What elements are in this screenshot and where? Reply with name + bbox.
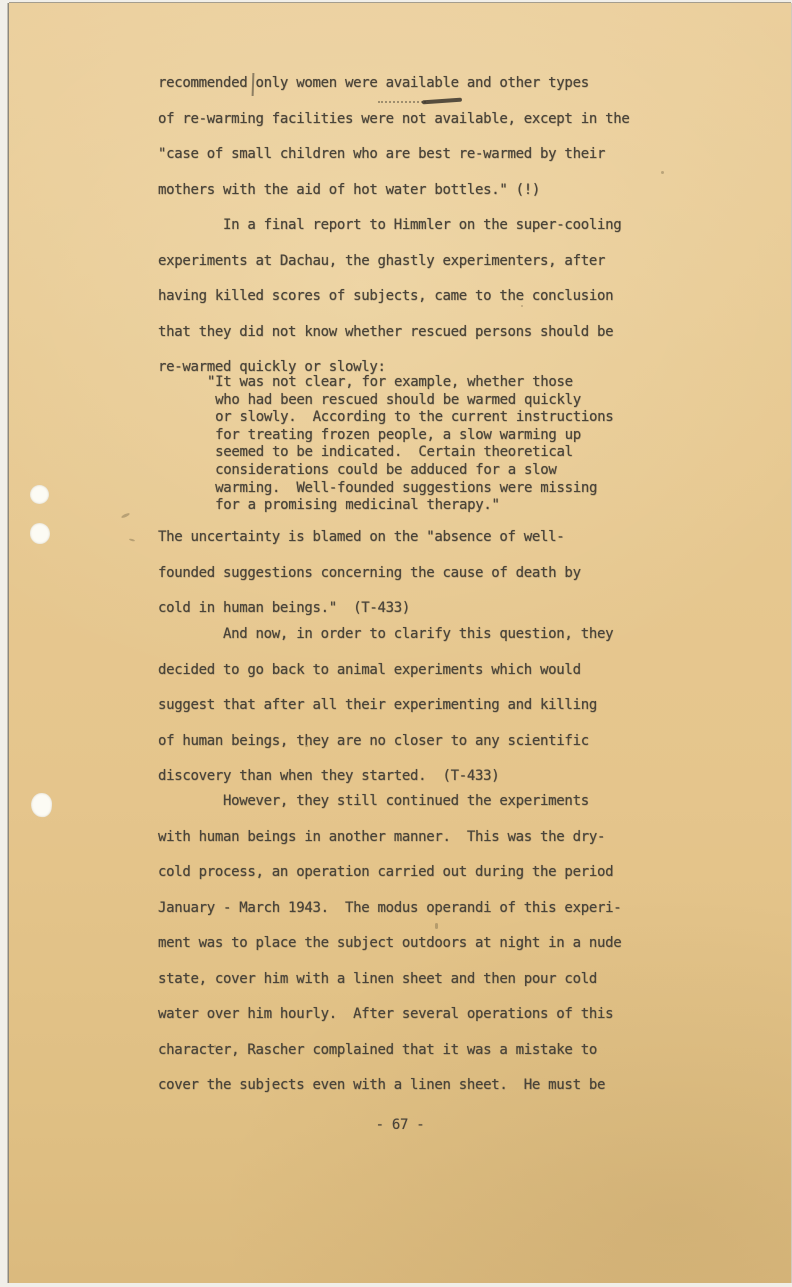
paragraph-rewarming-facilities: recommended only women were available an… (158, 66, 629, 208)
blockquote-report-excerpt: "It was not clear, for example, whether … (207, 374, 613, 515)
hole-punch-icon (30, 523, 50, 544)
paper-speckle (661, 171, 664, 174)
paragraph-uncertainty-blamed: The uncertainty is blamed on the "absenc… (158, 520, 581, 627)
page-number: - 67 - (9, 1115, 791, 1135)
paragraph-final-report-to-himmler: In a final report to Himmler on the supe… (158, 208, 621, 386)
paper-speckle (129, 538, 135, 541)
hole-punch-icon (30, 485, 49, 504)
hole-punch-icon (30, 792, 53, 818)
paragraph-dry-cold-process: However, they still continued the experi… (158, 784, 621, 1104)
document-page: recommended only women were available an… (9, 3, 791, 1283)
paper-speckle (121, 512, 130, 519)
paragraph-back-to-animal-experiments: And now, in order to clarify this questi… (158, 617, 613, 795)
